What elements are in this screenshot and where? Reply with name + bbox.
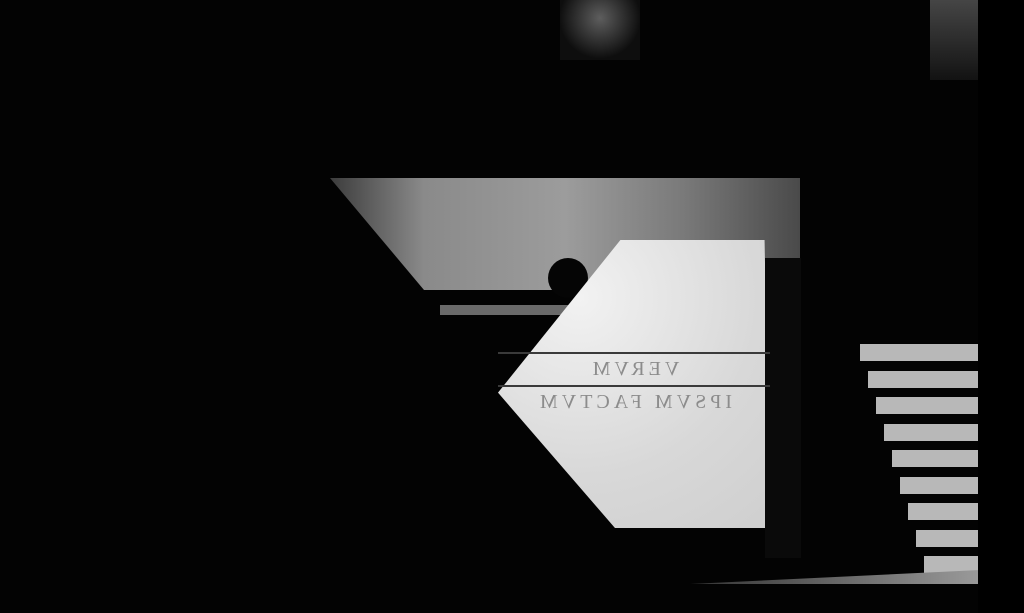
inscription-line-1: VERVM <box>498 352 770 385</box>
photograph: VERVM IPSVM FACTVM <box>0 0 1024 613</box>
stone-block-shadow-edge <box>765 258 801 558</box>
sky-patch-right <box>930 0 980 80</box>
stair-step <box>884 424 978 441</box>
wall-ledge <box>440 305 570 315</box>
frame-border <box>978 0 1024 613</box>
stair-step <box>876 397 978 414</box>
sky-patch <box>560 0 640 60</box>
inscription-line-2: IPSVM FACTVM <box>498 385 770 418</box>
stair-step <box>908 503 978 520</box>
inscription: VERVM IPSVM FACTVM <box>498 352 770 432</box>
stair-step <box>892 450 978 467</box>
stair-step <box>916 530 978 547</box>
stair-step <box>868 371 978 388</box>
stair-step <box>860 344 978 361</box>
stair-step <box>924 556 978 573</box>
stair-step <box>900 477 978 494</box>
stairs <box>858 344 978 574</box>
